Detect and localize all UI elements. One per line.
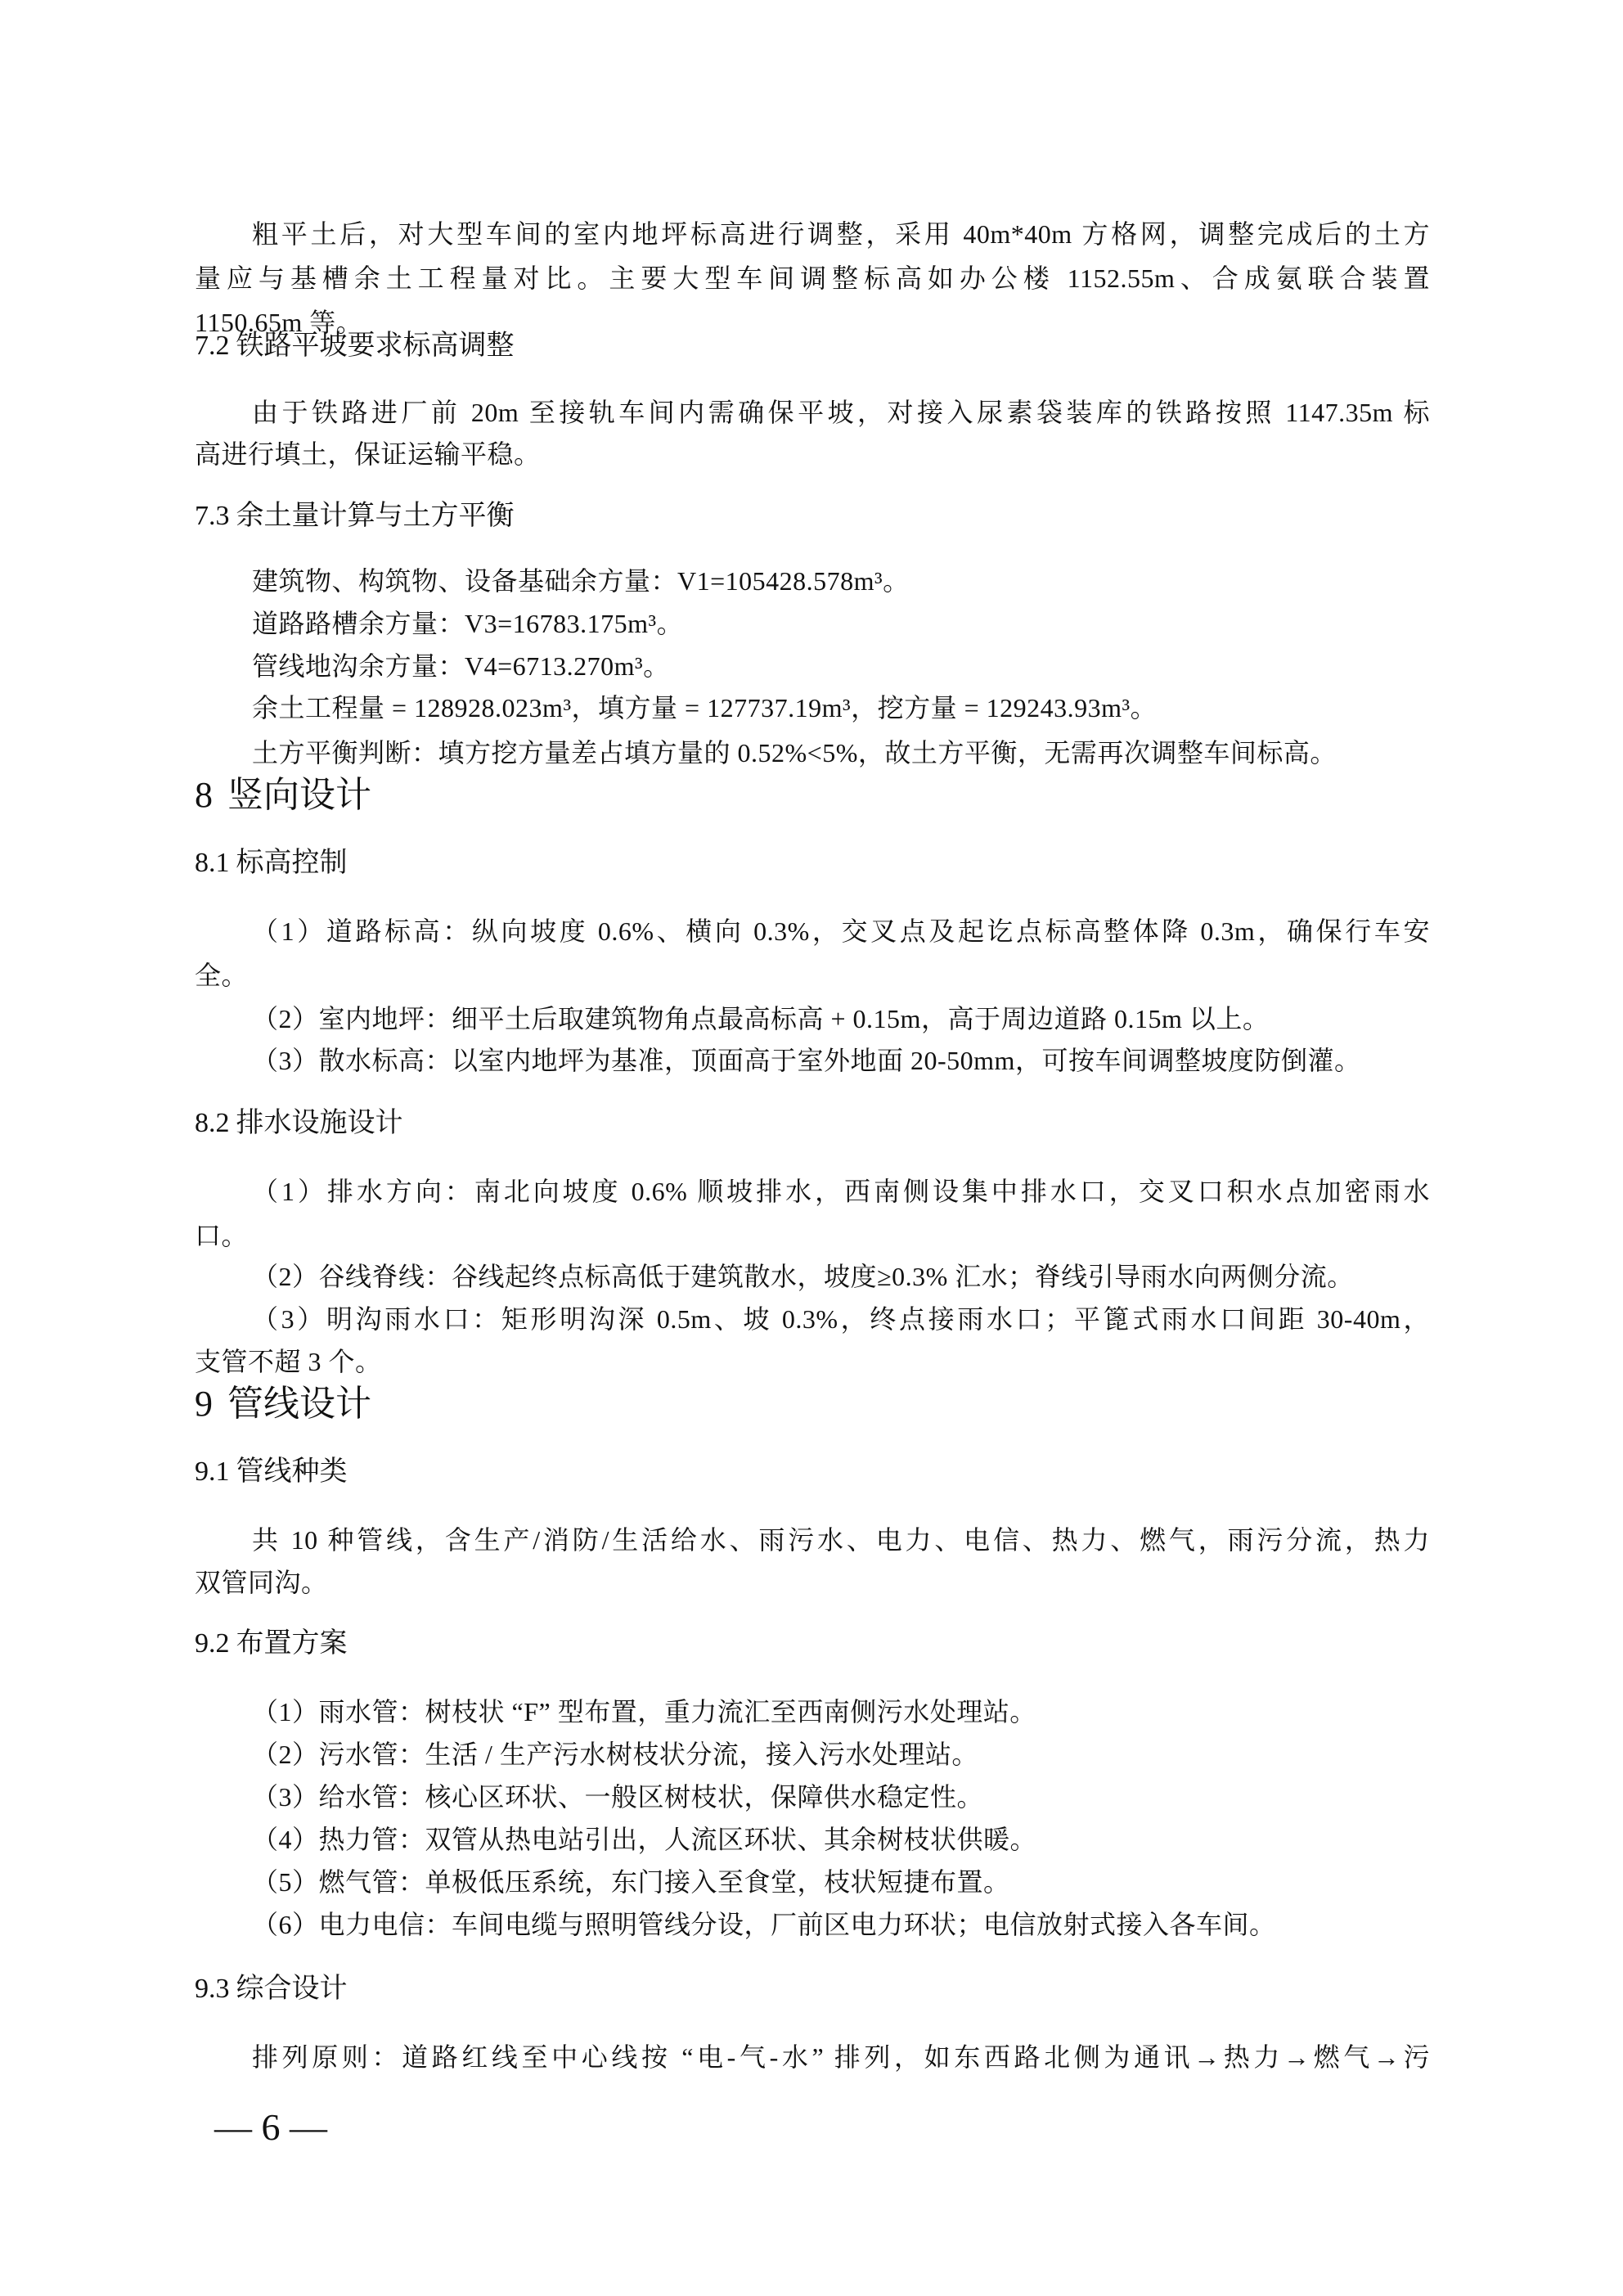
- section-number: 7.2: [195, 331, 230, 361]
- section-number: 9.1: [195, 1456, 230, 1487]
- section-heading-8-1: 8.1标高控制: [195, 844, 348, 881]
- chapter-number: 9: [195, 1384, 213, 1424]
- list-item-continuation: 口。: [195, 1219, 1430, 1252]
- list-item-continuation: 支管不超 3 个。: [195, 1345, 1430, 1378]
- calc-line: 余土工程量 = 128928.023m³，填方量 = 127737.19m³，挖…: [252, 691, 1487, 724]
- list-item: （3）给水管：核心区环状、一般区树枝状，保障供水稳定性。: [252, 1781, 1487, 1813]
- calc-line: 管线地沟余方量：V4=6713.270m³。: [252, 650, 1487, 682]
- list-item: （3）散水标高：以室内地坪为基准，顶面高于室外地面 20-50mm，可按车间调整…: [252, 1044, 1487, 1077]
- chapter-heading-9: 9管线设计: [195, 1383, 371, 1425]
- section-number: 9.3: [195, 1974, 230, 2004]
- list-item: （3）明沟雨水口：矩形明沟深 0.5m、坡 0.3%，终点接雨水口；平篦式雨水口…: [252, 1303, 1430, 1335]
- list-item: （2）污水管：生活 / 生产污水树枝状分流，接入污水处理站。: [252, 1738, 1487, 1771]
- calc-line: 建筑物、构筑物、设备基础余方量：V1=105428.578m³。: [252, 565, 1487, 597]
- calc-line: 土方平衡判断：填方挖方量差占填方量的 0.52%<5%，故土方平衡，无需再次调整…: [252, 736, 1487, 769]
- section-number: 8.1: [195, 848, 230, 878]
- section-heading-8-2: 8.2排水设施设计: [195, 1105, 403, 1141]
- paragraph-line: 共 10 种管线，含生产/消防/生活给水、雨污水、电力、电信、热力、燃气，雨污分…: [252, 1524, 1430, 1556]
- calc-line: 道路路槽余方量：V3=16783.175m³。: [252, 607, 1487, 640]
- section-heading-7-3: 7.3余土量计算与土方平衡: [195, 497, 515, 534]
- paragraph-line: 高进行填土，保证运输平稳。: [195, 438, 1430, 470]
- section-heading-9-1: 9.1管线种类: [195, 1453, 348, 1490]
- section-title: 管线种类: [236, 1455, 348, 1488]
- section-title: 综合设计: [236, 1972, 348, 2005]
- section-heading-9-3: 9.3综合设计: [195, 1970, 348, 2007]
- list-item: （2）室内地坪：细平土后取建筑物角点最高标高 + 0.15m，高于周边道路 0.…: [252, 1002, 1487, 1035]
- paragraph-line: 由于铁路进厂前 20m 至接轨车间内需确保平坡，对接入尿素袋装库的铁路按照 11…: [252, 396, 1430, 429]
- section-title: 余土量计算与土方平衡: [236, 499, 515, 532]
- chapter-number: 8: [195, 775, 213, 815]
- section-title: 标高控制: [236, 846, 348, 879]
- paragraph-line: 排列原则：道路红线至中心线按 “电-气-水” 排列，如东西路北侧为通讯→热力→燃…: [252, 2041, 1430, 2073]
- chapter-title: 竖向设计: [227, 774, 371, 816]
- section-number: 7.3: [195, 501, 230, 531]
- section-title: 布置方案: [236, 1627, 348, 1659]
- section-title: 铁路平坡要求标高调整: [236, 329, 515, 362]
- page-number: — 6 —: [214, 2106, 327, 2149]
- chapter-title: 管线设计: [227, 1383, 371, 1425]
- list-item: （1）道路标高：纵向坡度 0.6%、横向 0.3%，交叉点及起讫点标高整体降 0…: [252, 915, 1430, 948]
- paragraph-line: 粗平土后，对大型车间的室内地坪标高进行调整，采用 40m*40m 方格网，调整完…: [252, 218, 1430, 250]
- list-item-continuation: 全。: [195, 959, 1430, 992]
- paragraph-line: 量应与基槽余土工程量对比。主要大型车间调整标高如办公楼 1152.55m、合成氨…: [195, 262, 1430, 295]
- list-item: （1）雨水管：树枝状 “F” 型布置，重力流汇至西南侧污水处理站。: [252, 1695, 1487, 1728]
- section-number: 8.2: [195, 1108, 230, 1138]
- list-item: （5）燃气管：单极低压系统，东门接入至食堂，枝状短捷布置。: [252, 1866, 1487, 1898]
- section-number: 9.2: [195, 1628, 230, 1659]
- paragraph-line: 双管同沟。: [195, 1566, 1430, 1599]
- section-heading-7-2: 7.2铁路平坡要求标高调整: [195, 327, 515, 364]
- list-item: （4）热力管：双管从热电站引出，人流区环状、其余树枝状供暖。: [252, 1823, 1487, 1856]
- list-item: （6）电力电信：车间电缆与照明管线分设，厂前区电力环状；电信放射式接入各车间。: [252, 1908, 1487, 1941]
- list-item: （2）谷线脊线：谷线起终点标高低于建筑散水，坡度≥0.3% 汇水；脊线引导雨水向…: [252, 1260, 1487, 1293]
- chapter-heading-8: 8竖向设计: [195, 774, 371, 817]
- section-title: 排水设施设计: [236, 1106, 403, 1139]
- list-item: （1）排水方向：南北向坡度 0.6% 顺坡排水，西南侧设集中排水口，交叉口积水点…: [252, 1175, 1430, 1208]
- section-heading-9-2: 9.2布置方案: [195, 1625, 348, 1662]
